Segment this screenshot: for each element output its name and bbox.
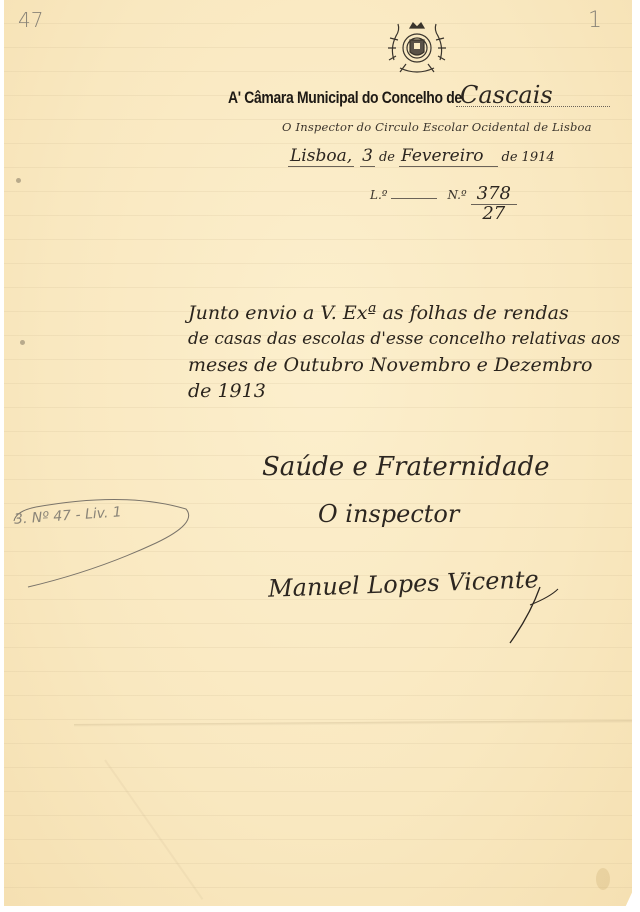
signatory-title: O inspector <box>318 500 459 528</box>
reference-number-bottom: 27 <box>482 205 505 223</box>
sender-printed-label: O Inspector do Circulo Escolar Ocidental… <box>282 120 592 134</box>
signature-flourish-icon <box>500 585 560 645</box>
body-line: de casas das escolas d'esse concelho rel… <box>188 326 628 352</box>
letter-body: Junto envio a V. Exª as folhas de rendas… <box>188 300 628 404</box>
reference-number-top: 378 <box>471 184 517 205</box>
livro-value <box>391 198 437 199</box>
numero-label: N.º <box>447 188 466 202</box>
date-line: Lisboa, 3 de Fevereiro de 1914 <box>288 146 555 167</box>
closing-salutation: Saúde e Fraternidade <box>262 452 549 482</box>
livro-label: L.º <box>370 188 387 202</box>
reference-line: L.º N.º 378 27 <box>370 184 517 223</box>
body-line: meses de Outubro Novembro e Dezembro <box>188 352 628 378</box>
page-number-right: 1 <box>588 8 602 33</box>
archive-number-left: 47 <box>18 8 43 32</box>
punch-mark <box>20 340 25 345</box>
date-month: Fevereiro <box>399 146 498 167</box>
addressee-printed-label: A' Câmara Municipal do Concelho de <box>228 88 415 108</box>
coat-of-arms-icon <box>386 20 448 76</box>
reference-number: 378 27 <box>471 184 517 223</box>
date-de: de <box>379 150 395 165</box>
addressee-line: A' Câmara Municipal do Concelho de Casca… <box>228 84 610 108</box>
date-day: 3 <box>360 146 375 167</box>
paper-fold-line <box>74 720 634 727</box>
date-de: de <box>502 150 518 165</box>
addressee-handwritten: Cascais <box>456 84 610 107</box>
punch-mark <box>16 178 21 183</box>
paper-stain <box>596 868 610 890</box>
date-year: 1914 <box>522 150 555 165</box>
body-line: de 1913 <box>188 378 628 404</box>
date-city: Lisboa, <box>288 146 354 167</box>
paper-crease <box>104 759 203 899</box>
body-line: Junto envio a V. Exª as folhas de rendas <box>188 300 628 326</box>
